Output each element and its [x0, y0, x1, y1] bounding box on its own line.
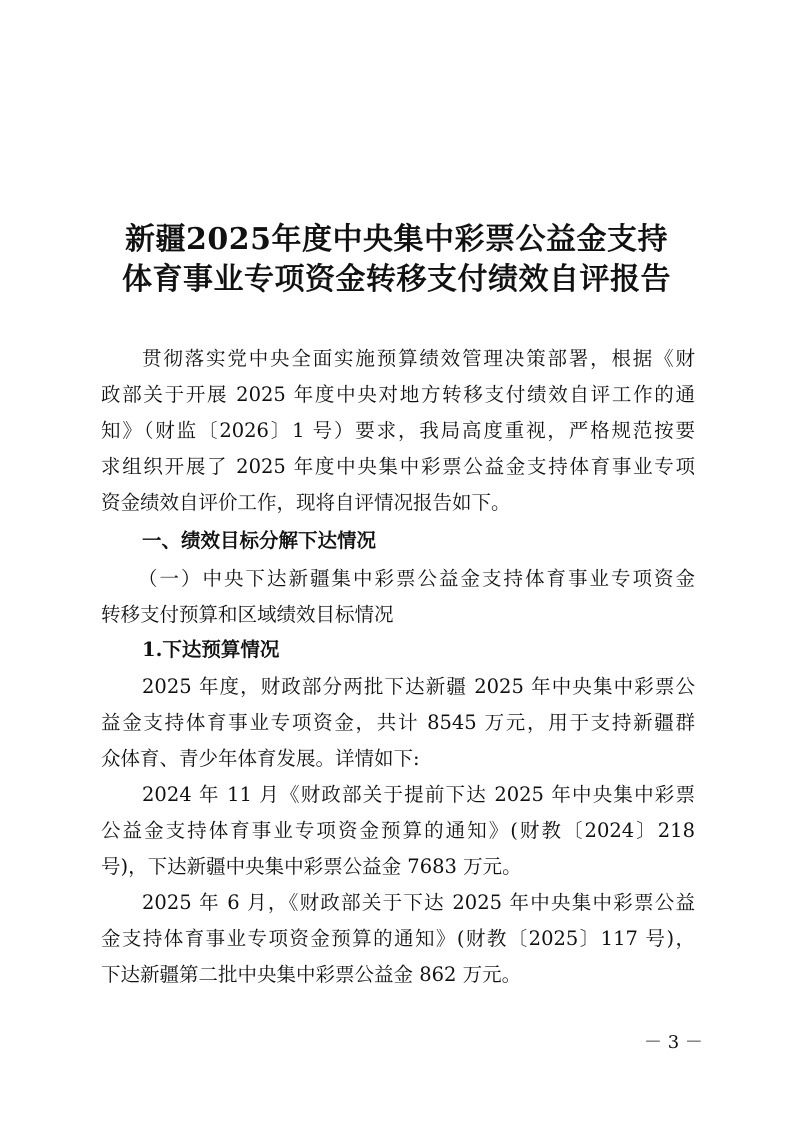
- subsection-heading-line-1: （一）中央下达新疆集中彩票公益金支持体育事业专项资金: [138, 563, 695, 595]
- subsection-heading-line-2: 转移支付预算和区域绩效目标情况: [101, 599, 695, 631]
- section-heading-1: 一、绩效目标分解下达情况: [142, 525, 695, 557]
- intro-line-2: 政部关于开展 2025 年度中央对地方转移支付绩效自评工作的通: [101, 379, 695, 411]
- budget-paragraph-2-line-1: 2024 年 11 月《财政部关于提前下达 2025 年中央集中彩票: [142, 779, 695, 811]
- budget-paragraph-2-line-2: 公益金支持体育事业专项资金预算的通知》(财教〔2024〕218: [101, 815, 695, 847]
- intro-line-5: 资金绩效自评价工作，现将自评情况报告如下。: [101, 487, 695, 519]
- budget-paragraph-2-line-3: 号)，下达新疆中央集中彩票公益金 7683 万元。: [101, 851, 695, 883]
- item-heading-1: 1.下达预算情况: [142, 634, 695, 666]
- intro-line-3: 知》（财监〔2026〕1 号）要求，我局高度重视，严格规范按要: [101, 415, 695, 447]
- budget-paragraph-1-line-1: 2025 年度，财政部分两批下达新疆 2025 年中央集中彩票公: [142, 671, 695, 703]
- page-number: － 3 －: [644, 1031, 703, 1055]
- budget-paragraph-3-line-1: 2025 年 6 月，《财政部关于下达 2025 年中央集中彩票公益: [142, 887, 695, 919]
- budget-paragraph-1-line-2: 益金支持体育事业专项资金，共计 8545 万元，用于支持新疆群: [101, 707, 695, 739]
- intro-line-1: 贯彻落实党中央全面实施预算绩效管理决策部署，根据《财: [142, 343, 695, 375]
- document-title-line-1: 新疆2025年度中央集中彩票公益金支持: [100, 220, 693, 260]
- document-title-line-2: 体育事业专项资金转移支付绩效自评报告: [100, 260, 693, 300]
- budget-paragraph-3-line-2: 金支持体育事业专项资金预算的通知》(财教〔2025〕117 号)，: [101, 923, 695, 955]
- budget-paragraph-1-line-3: 众体育、青少年体育发展。详情如下:: [101, 743, 695, 775]
- document-page: 新疆2025年度中央集中彩票公益金支持 体育事业专项资金转移支付绩效自评报告 贯…: [0, 0, 793, 1122]
- budget-paragraph-3-line-3: 下达新疆第二批中央集中彩票公益金 862 万元。: [101, 959, 695, 991]
- intro-line-4: 求组织开展了 2025 年度中央集中彩票公益金支持体育事业专项: [101, 451, 695, 483]
